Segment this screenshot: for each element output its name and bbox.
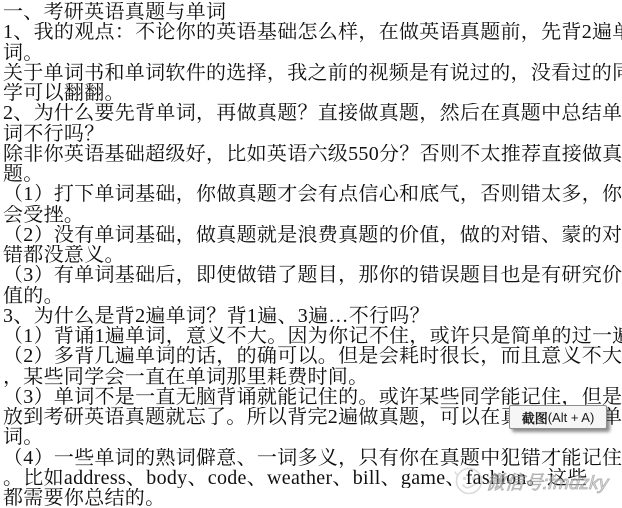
text-line: 词。 <box>3 427 622 447</box>
text-line: 1、我的观点：不论你的英语基础怎么样，在做英语真题前，先背2遍单 <box>3 22 622 42</box>
tooltip-shortcut: (Alt + A) <box>548 410 595 425</box>
text-line: （3）单词不是一直无脑背诵就能记住的。或许某些同学能记住，但是 <box>3 387 622 407</box>
text-line: 除非你英语基础超级好，比如英语六级550分？否则不太推荐直接做真 <box>3 144 622 164</box>
screenshot-shortcut-tooltip: 截图(Alt + A) <box>509 405 607 429</box>
article-page: 一、考研英语真题与单词 1、我的观点：不论你的英语基础怎么样，在做英语真题前，先… <box>0 0 622 508</box>
text-line: 。比如address、body、code、weather、bill、game、f… <box>3 468 622 488</box>
text-line: 词。 <box>3 43 622 63</box>
text-line: （1）背诵1遍单词，意义不大。因为你记不住，或许只是简单的过一遍 <box>3 326 622 346</box>
text-line: （3）有单词基础后，即使做错了题目，那你的错误题目也是有研究价 <box>3 265 622 285</box>
text-line: 都需要你总结的。 <box>3 488 622 508</box>
text-line: 错都没意义。 <box>3 245 622 265</box>
text-line: 值的。 <box>3 286 622 306</box>
text-line: 3、为什么是背2遍单词？背1遍、3遍…不行吗？ <box>3 306 622 326</box>
text-line: （2）多背几遍单词的话，的确可以。但是会耗时很长，而且意义不大 <box>3 346 622 366</box>
text-line: 2、为什么要先背单词，再做真题？直接做真题，然后在真题中总结单 <box>3 103 622 123</box>
text-line: （1）打下单词基础，你做真题才会有点信心和底气，否则错太多，你 <box>3 184 622 204</box>
text-line: 一、考研英语真题与单词 <box>3 2 622 22</box>
text-line: 词不行吗？ <box>3 124 622 144</box>
text-line: 会受挫。 <box>3 205 622 225</box>
text-line: 题。 <box>3 164 622 184</box>
text-line: （4）一些单词的熟词僻意、一词多义，只有你在真题中犯错才能记住 <box>3 448 622 468</box>
article-text: 一、考研英语真题与单词 1、我的观点：不论你的英语基础怎么样，在做英语真题前，先… <box>3 2 622 508</box>
text-line: ，某些同学会一直在单词那里耗费时间。 <box>3 367 622 387</box>
text-line: （2）没有单词基础，做真题就是浪费真题的价值，做的对错、蒙的对 <box>3 225 622 245</box>
text-line: 学可以翻翻。 <box>3 83 622 103</box>
text-line: 关于单词书和单词软件的选择，我之前的视频是有说过的，没看过的同 <box>3 63 622 83</box>
tooltip-title: 截图 <box>522 408 548 427</box>
